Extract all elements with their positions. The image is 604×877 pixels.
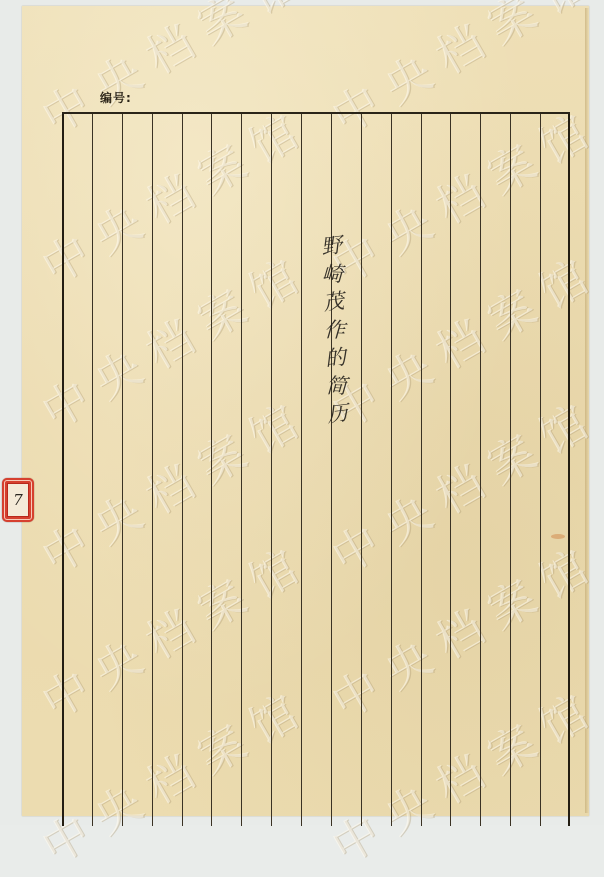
serial-number-label: 编号: xyxy=(100,89,132,106)
column-rule-line xyxy=(62,114,64,825)
column-rule-line xyxy=(450,114,451,825)
tab-label-number: 7 xyxy=(7,483,29,517)
title-character: 历 xyxy=(325,399,349,429)
handwritten-title: 野崎茂作的简历 xyxy=(309,231,360,428)
column-rule-line xyxy=(152,114,153,825)
column-rule-line xyxy=(271,114,272,825)
column-rule-line xyxy=(182,114,183,825)
column-rule-line xyxy=(211,114,212,825)
title-character: 野 xyxy=(319,231,343,261)
title-character: 茂 xyxy=(321,287,345,317)
title-character: 崎 xyxy=(321,260,343,289)
column-rule-line xyxy=(510,114,511,825)
column-rule-line xyxy=(301,114,302,825)
title-character: 作 xyxy=(323,316,345,345)
column-rule-line xyxy=(391,114,392,825)
column-rule-line xyxy=(480,114,481,825)
column-rule-line xyxy=(361,114,362,825)
title-character: 简 xyxy=(325,372,347,401)
title-character: 的 xyxy=(323,343,347,373)
ruled-column-grid xyxy=(62,112,570,825)
paper-edge xyxy=(585,8,589,813)
archive-tab-label: 7 xyxy=(2,478,34,522)
column-rule-line xyxy=(122,114,123,825)
column-rule-line xyxy=(241,114,242,825)
paper-stain xyxy=(551,534,565,539)
column-rule-line xyxy=(568,114,570,825)
column-rule-line xyxy=(540,114,541,825)
column-rule-line xyxy=(92,114,93,825)
column-rule-line xyxy=(421,114,422,825)
column-rule-line xyxy=(331,114,332,825)
